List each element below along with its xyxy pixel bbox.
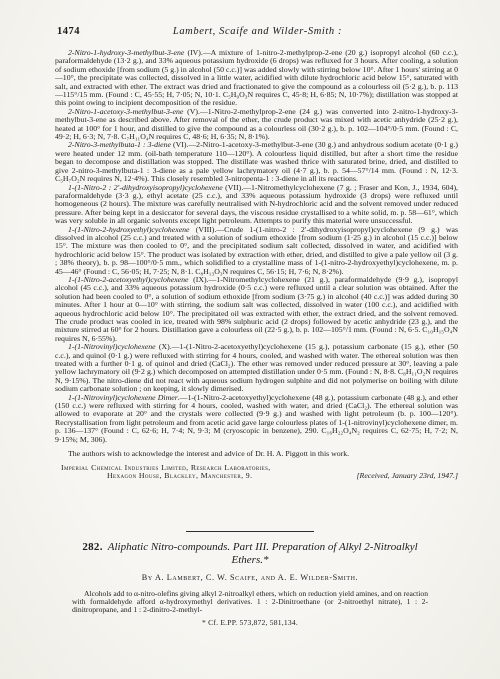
paragraph-compound-vii: 1-(1-Nitro-2 : 2′-dihydroxyisopropyl)cyc…	[55, 184, 458, 226]
running-head: Lambert, Scaife and Wilder-Smith :	[55, 26, 460, 37]
paragraph-text: (IX).—1-Nitromethylcyclohexene (21 g.), …	[55, 275, 458, 343]
author-address: Imperial Chemical Industries Limited, Re…	[55, 464, 458, 481]
page-header: 1474 Lambert, Scaife and Wilder-Smith :	[55, 26, 460, 40]
address-line: Hexagon House, Blackley, Manchester, 9.	[55, 472, 252, 481]
paragraph-text: (X).—1-(1-Nitro-2-acetoxyethyl)cyclohexe…	[55, 342, 458, 393]
next-article-header: 282.Aliphatic Nitro-compounds. Part III.…	[0, 541, 500, 627]
paragraph-text: (VIII).—Crude 1-(1-nitro-2 : 2′-dihydrox…	[55, 225, 458, 276]
paragraph-compound-v: 2-Nitro-1-acetoxy-3-methylbut-3-ene (V).…	[55, 108, 458, 142]
paragraph-compound-x: 1-(1-Nitrovinyl)cyclohexene (X).—1-(1-Ni…	[55, 343, 458, 393]
article-title-text: Aliphatic Nitro-compounds. Part III. Pre…	[108, 541, 418, 566]
paragraph-text: (IV).—A mixture of 1-nitro-2-methylprop-…	[55, 49, 458, 107]
article-number: 282.	[82, 541, 102, 553]
paragraph-dimer: 1-(1-Nitrovinyl)cyclohexene Dimer.—1-(1-…	[55, 394, 458, 444]
paragraph-text: .—1-(1-Nitro-2-acetoxyethyl)cyclohexene …	[55, 393, 458, 444]
received-date: [Received, January 23rd, 1947.]	[357, 472, 458, 481]
experimental-section: 2-Nitro-1-hydroxy-3-methylbut-3-ene (IV)…	[55, 49, 458, 481]
address-received-row: Hexagon House, Blackley, Manchester, 9. …	[55, 472, 458, 481]
journal-page: 1474 Lambert, Scaife and Wilder-Smith : …	[0, 0, 500, 679]
article-footnote: * Cf. E.PP. 573,872, 581,134.	[0, 618, 500, 627]
paragraph-compound-viii: 1-(1-Nitro-2-hydroxyethyl)cyclohexene (V…	[55, 226, 458, 276]
section-divider-rule	[186, 531, 314, 532]
article-title: 282.Aliphatic Nitro-compounds. Part III.…	[74, 541, 426, 566]
article-abstract: Alcohols add to α-nitro-olefins giving a…	[72, 590, 428, 614]
paragraph-compound-vi: 2-Nitro-3-methylbuta-1 : 3-diene (VI).—2…	[55, 141, 458, 183]
article-byline: By A. Lambert, C. W. Scaife, and A. E. W…	[0, 573, 500, 582]
paragraph-compound-ix: 1-(1-Nitro-2-acetoxyethyl)cyclohexene (I…	[55, 276, 458, 343]
acknowledgment: The authors wish to acknowledge the inte…	[55, 450, 458, 458]
paragraph-compound-iv: 2-Nitro-1-hydroxy-3-methylbut-3-ene (IV)…	[55, 49, 458, 108]
